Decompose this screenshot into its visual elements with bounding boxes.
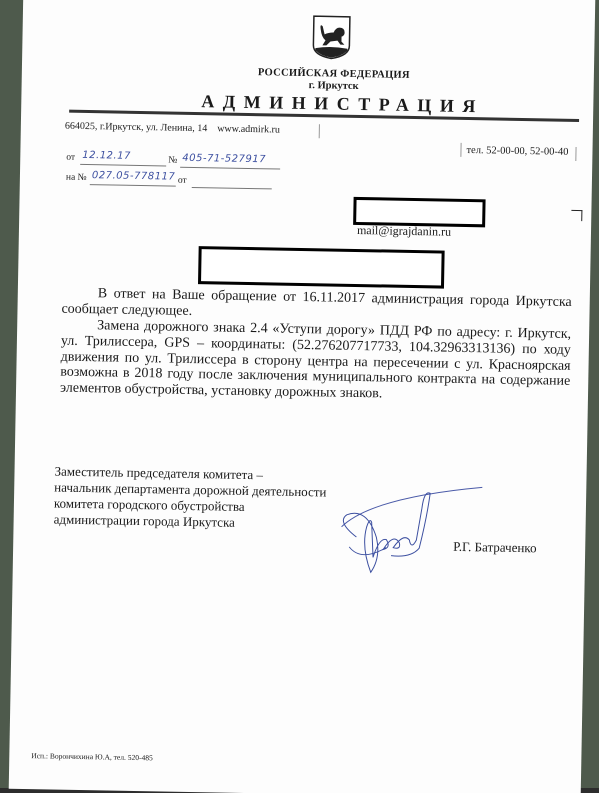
ref-number-line	[90, 184, 176, 187]
executor-info: Исп.: Ворончихина Ю.А, тел. 520-485	[31, 751, 153, 762]
number-line	[180, 167, 280, 170]
ref-date-line	[192, 187, 272, 189]
signer-name: Р.Г. Батраченко	[453, 539, 537, 557]
ref-number-value: 027.05-778117	[92, 170, 175, 183]
divider	[460, 143, 461, 157]
website-link[interactable]: www.admirk.ru	[217, 123, 280, 135]
irkutsk-coat-of-arms-icon	[311, 15, 352, 60]
ref-date-label: от	[178, 176, 187, 186]
date-label: от	[66, 153, 75, 163]
letter-page: РОССИЙСКАЯ ФЕДЕРАЦИЯ г. Иркутск АДМИНИСТ…	[9, 0, 596, 793]
divider	[319, 124, 320, 138]
address-corner-mark	[571, 210, 582, 221]
date-value: 12.12.17	[82, 150, 131, 162]
recipient-email: mail@igrajdanin.ru	[357, 223, 451, 240]
date-line	[80, 164, 166, 167]
body-paragraph-2: Замена дорожного знака 2.4 «Уступи дорог…	[60, 318, 571, 406]
number-label: №	[168, 156, 177, 166]
signer-position-line-4: администрации города Иркутска	[54, 511, 236, 530]
ref-number-label: на №	[66, 173, 87, 183]
number-value: 405-71-527917	[182, 153, 266, 166]
handwritten-signature-icon	[331, 477, 493, 580]
city-name: г. Иркутск	[254, 79, 414, 93]
org-phone: тел. 52-00-00, 52-00-40	[466, 145, 568, 158]
postal-address: 664025, г.Иркутск, ул. Ленина, 14	[65, 121, 208, 135]
redacted-salutation	[198, 246, 445, 289]
org-address: 664025, г.Иркутск, ул. Ленина, 14 www.ad…	[65, 121, 280, 136]
divider	[575, 147, 576, 161]
